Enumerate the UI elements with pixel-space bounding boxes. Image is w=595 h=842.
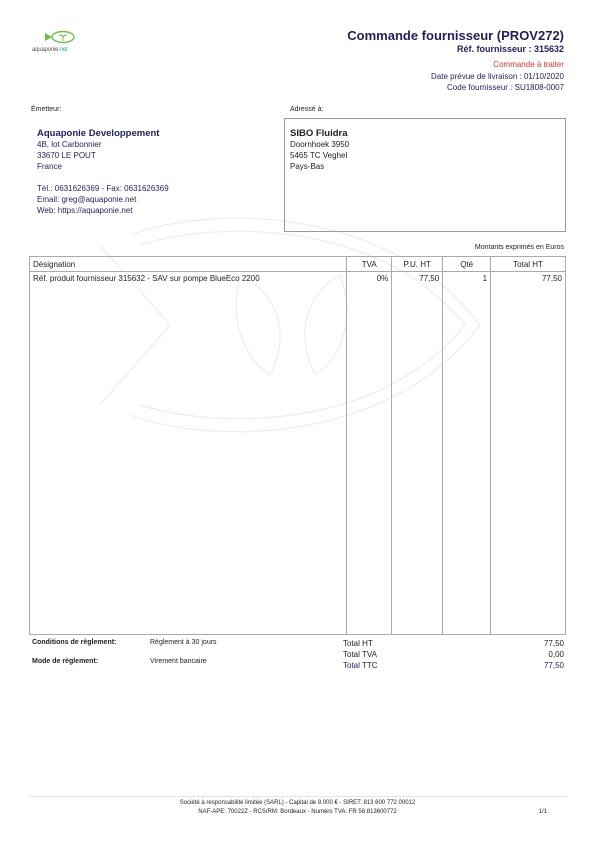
col-designation: Désignation [30,257,347,272]
sender-address1: 4B, lot Carbonnier [37,139,169,150]
total-ttc-value: 77,50 [544,661,564,670]
recipient-country: Pays-Bas [290,161,349,172]
payment-mode-label: Mode de règlement: [32,658,98,665]
total-tva-label: Total TVA [343,650,377,659]
table-row: Réf. produit fournisseur 315632 - SAV su… [30,272,566,289]
sender-label: Émetteur: [31,106,61,113]
payment-conditions-label: Conditions de règlement: [32,639,116,646]
sender-email: Email: greg@aquaponie.net [37,194,169,205]
footer-legal-line2: NAF-APE: 70022Z - RCS/RM: Bordeaux - Num… [0,809,595,815]
row-qty: 1 [443,272,491,289]
supplier-code: Code fournisseur : SU1808-0007 [447,83,564,92]
row-total: 77,50 [491,272,566,289]
currency-note: Montants exprimés en Euros [475,244,564,251]
page-number: 1/1 [539,809,547,815]
sender-name: Aquaponie Developpement [37,128,169,139]
footer-legal-line1: Société à responsabilité limitée (SARL) … [0,800,595,806]
total-ht-label: Total HT [343,639,373,648]
sender-block: Aquaponie Developpement 4B, lot Carbonni… [37,128,169,216]
table-filler [30,288,566,635]
total-ht-value: 77,50 [544,639,564,648]
delivery-date: Date prévue de livraison : 01/10/2020 [431,72,564,81]
sender-phone-fax: Tél.: 0631626369 - Fax: 0631626369 [37,183,169,194]
logo-suffix: .net [58,47,67,53]
fish-plant-icon [40,30,80,46]
payment-conditions-value: Règlement à 30 jours [150,639,217,646]
order-lines-table: Désignation TVA P.U. HT Qté Total HT Réf… [29,256,566,635]
logo-name: aquaponie [32,47,58,53]
sender-address2: 33670 LE POUT [37,150,169,161]
row-designation: Réf. produit fournisseur 315632 - SAV su… [30,272,347,289]
sender-country: France [37,161,169,172]
col-total: Total HT [491,257,566,272]
row-vat: 0% [347,272,392,289]
recipient-block: SIBO Fluidra Doornhoek 3950 5465 TC Vegh… [290,128,349,172]
recipient-address1: Doornhoek 3950 [290,139,349,150]
supplier-ref: Réf. fournisseur : 315632 [457,44,564,54]
total-ttc-label: Total TTC [343,661,378,670]
payment-mode-value: Virement bancaire [150,658,207,665]
col-qty: Qté [443,257,491,272]
order-status: Commande à traiter [493,60,564,69]
recipient-address2: 5465 TC Veghel [290,150,349,161]
recipient-label: Adressé à: [290,106,323,113]
recipient-name: SIBO Fluidra [290,128,349,139]
company-logo: aquaponie.net [30,30,80,56]
col-unit-price: P.U. HT [392,257,443,272]
sender-web: Web: https://aquaponie.net [37,205,169,216]
footer-divider [29,796,566,797]
row-unit-price: 77,50 [392,272,443,289]
document-title: Commande fournisseur (PROV272) [347,28,564,43]
col-vat: TVA [347,257,392,272]
total-tva-value: 0,00 [548,650,564,659]
